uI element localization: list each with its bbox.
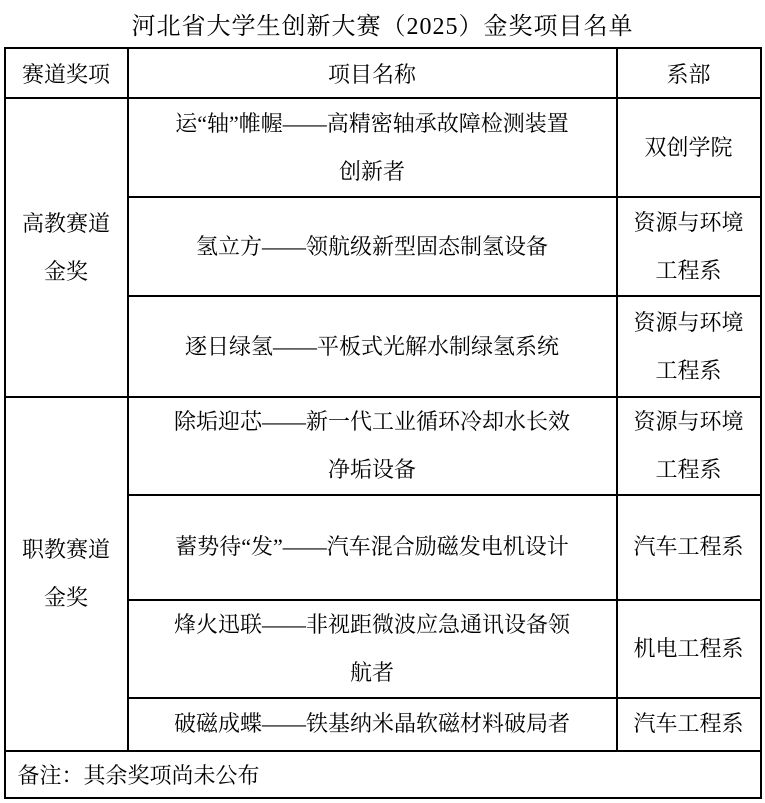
department-cell: 资源与环境工程系 (617, 197, 761, 296)
department-cell: 汽车工程系 (617, 495, 761, 600)
track-label: 高教赛道金奖 (17, 200, 116, 296)
department-cell: 双创学院 (617, 98, 761, 197)
table-note-row: 备注：其余奖项尚未公布 (5, 751, 761, 798)
department-name: 双创学院 (628, 124, 749, 172)
table-header-row: 赛道奖项 项目名称 系部 (5, 48, 761, 98)
project-cell: 破磁成蝶——铁基纳米晶软磁材料破局者 (128, 698, 617, 751)
track-label: 职教赛道金奖 (17, 526, 116, 622)
project-name: 破磁成蝶——铁基纳米晶软磁材料破局者 (169, 700, 576, 748)
project-cell: 烽火迅联——非视距微波应急通讯设备领航者 (128, 600, 617, 698)
department-cell: 机电工程系 (617, 600, 761, 698)
department-name: 汽车工程系 (628, 523, 749, 571)
project-cell: 除垢迎芯——新一代工业循环冷却水长效净垢设备 (128, 397, 617, 495)
project-name: 氢立方——领航级新型固态制氢设备 (169, 223, 576, 271)
department-name: 资源与环境工程系 (628, 199, 749, 295)
note-cell: 备注：其余奖项尚未公布 (5, 751, 761, 798)
track-cell-higher-ed: 高教赛道金奖 (5, 98, 128, 397)
project-cell: 逐日绿氢——平板式光解水制绿氢系统 (128, 296, 617, 397)
project-name: 烽火迅联——非视距微波应急通讯设备领航者 (169, 601, 576, 697)
project-name: 运“轴”帷幄——高精密轴承故障检测装置创新者 (169, 100, 576, 196)
table-row: 职教赛道金奖 除垢迎芯——新一代工业循环冷却水长效净垢设备 资源与环境工程系 (5, 397, 761, 495)
project-name: 蓄势待“发”——汽车混合励磁发电机设计 (169, 523, 576, 571)
department-cell: 资源与环境工程系 (617, 296, 761, 397)
project-cell: 氢立方——领航级新型固态制氢设备 (128, 197, 617, 296)
table-row: 高教赛道金奖 运“轴”帷幄——高精密轴承故障检测装置创新者 双创学院 (5, 98, 761, 197)
department-name: 资源与环境工程系 (628, 299, 749, 395)
department-cell: 资源与环境工程系 (617, 397, 761, 495)
page-title: 河北省大学生创新大赛（2025）金奖项目名单 (0, 0, 765, 47)
col-header-department: 系部 (617, 48, 761, 98)
col-header-project: 项目名称 (128, 48, 617, 98)
department-cell: 汽车工程系 (617, 698, 761, 751)
award-table: 赛道奖项 项目名称 系部 高教赛道金奖 运“轴”帷幄——高精密轴承故障检测装置创… (4, 47, 762, 799)
project-cell: 蓄势待“发”——汽车混合励磁发电机设计 (128, 495, 617, 600)
project-name: 逐日绿氢——平板式光解水制绿氢系统 (169, 323, 576, 371)
department-name: 资源与环境工程系 (628, 398, 749, 494)
track-cell-vocational: 职教赛道金奖 (5, 397, 128, 751)
project-cell: 运“轴”帷幄——高精密轴承故障检测装置创新者 (128, 98, 617, 197)
col-header-track: 赛道奖项 (5, 48, 128, 98)
project-name: 除垢迎芯——新一代工业循环冷却水长效净垢设备 (169, 398, 576, 494)
department-name: 汽车工程系 (628, 700, 749, 748)
department-name: 机电工程系 (628, 625, 749, 673)
note-text: 备注：其余奖项尚未公布 (18, 763, 260, 788)
